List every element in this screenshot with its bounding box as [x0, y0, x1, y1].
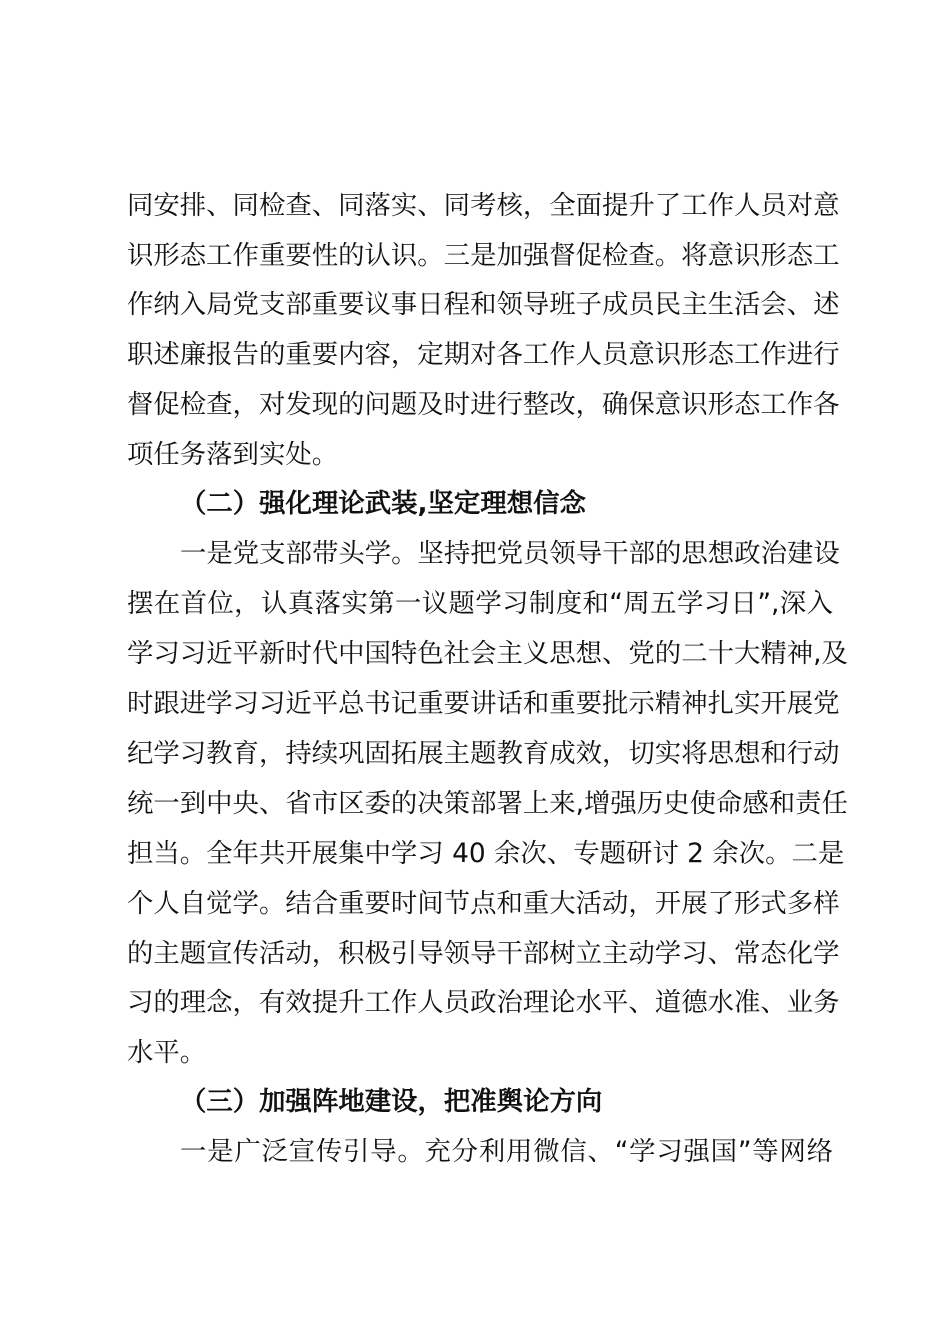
- paragraph-line: 作纳入局党支部重要议事日程和领导班子成员民主生活会、述: [127, 280, 833, 330]
- paragraph-line: 个人自觉学。结合重要时间节点和重大活动，开展了形式多样: [127, 879, 833, 929]
- paragraph-line: 的主题宣传活动，积极引导领导干部树立主动学习、常态化学: [127, 929, 833, 979]
- section-heading-3: （三）加强阵地建设，把准舆论方向: [180, 1077, 602, 1127]
- paragraph-line: 职述廉报告的重要内容，定期对各工作人员意识形态工作进行: [127, 330, 833, 380]
- document-page: 同安排、同检查、同落实、同考核，全面提升了工作人员对意 识形态工作重要性的认识。…: [0, 0, 950, 1344]
- paragraph-line: 水平。: [127, 1028, 833, 1078]
- paragraph-line: 习的理念，有效提升工作人员政治理论水平、道德水准、业务: [127, 978, 833, 1028]
- paragraph-line: 担当。全年共开展集中学习 40 余次、专题研讨 2 余次。二是: [127, 829, 833, 879]
- paragraph-line: 摆在首位，认真落实第一议题学习制度和“周五学习日”,深入: [127, 579, 833, 629]
- paragraph-line: 时跟进学习习近平总书记重要讲话和重要批示精神扎实开展党: [127, 679, 833, 729]
- paragraph-line: 项任务落到实处。: [127, 430, 833, 480]
- paragraph-line: 统一到中央、省市区委的决策部署上来,增强历史使命感和责任: [127, 779, 833, 829]
- paragraph-first-line: 一是党支部带头学。坚持把党员领导干部的思想政治建设: [180, 529, 833, 579]
- paragraph-line: 督促检查，对发现的问题及时进行整改，确保意识形态工作各: [127, 380, 833, 430]
- paragraph-first-line: 一是广泛宣传引导。充分利用微信、“学习强国”等网络: [180, 1127, 833, 1177]
- paragraph-line: 纪学习教育，持续巩固拓展主题教育成效，切实将思想和行动: [127, 729, 833, 779]
- section-heading-2: （二）强化理论武装,坚定理想信念: [180, 479, 586, 529]
- paragraph-line: 识形态工作重要性的认识。三是加强督促检查。将意识形态工: [127, 231, 833, 281]
- paragraph-line: 同安排、同检查、同落实、同考核，全面提升了工作人员对意: [127, 181, 833, 231]
- paragraph-line: 学习习近平新时代中国特色社会主义思想、党的二十大精神,及: [127, 629, 833, 679]
